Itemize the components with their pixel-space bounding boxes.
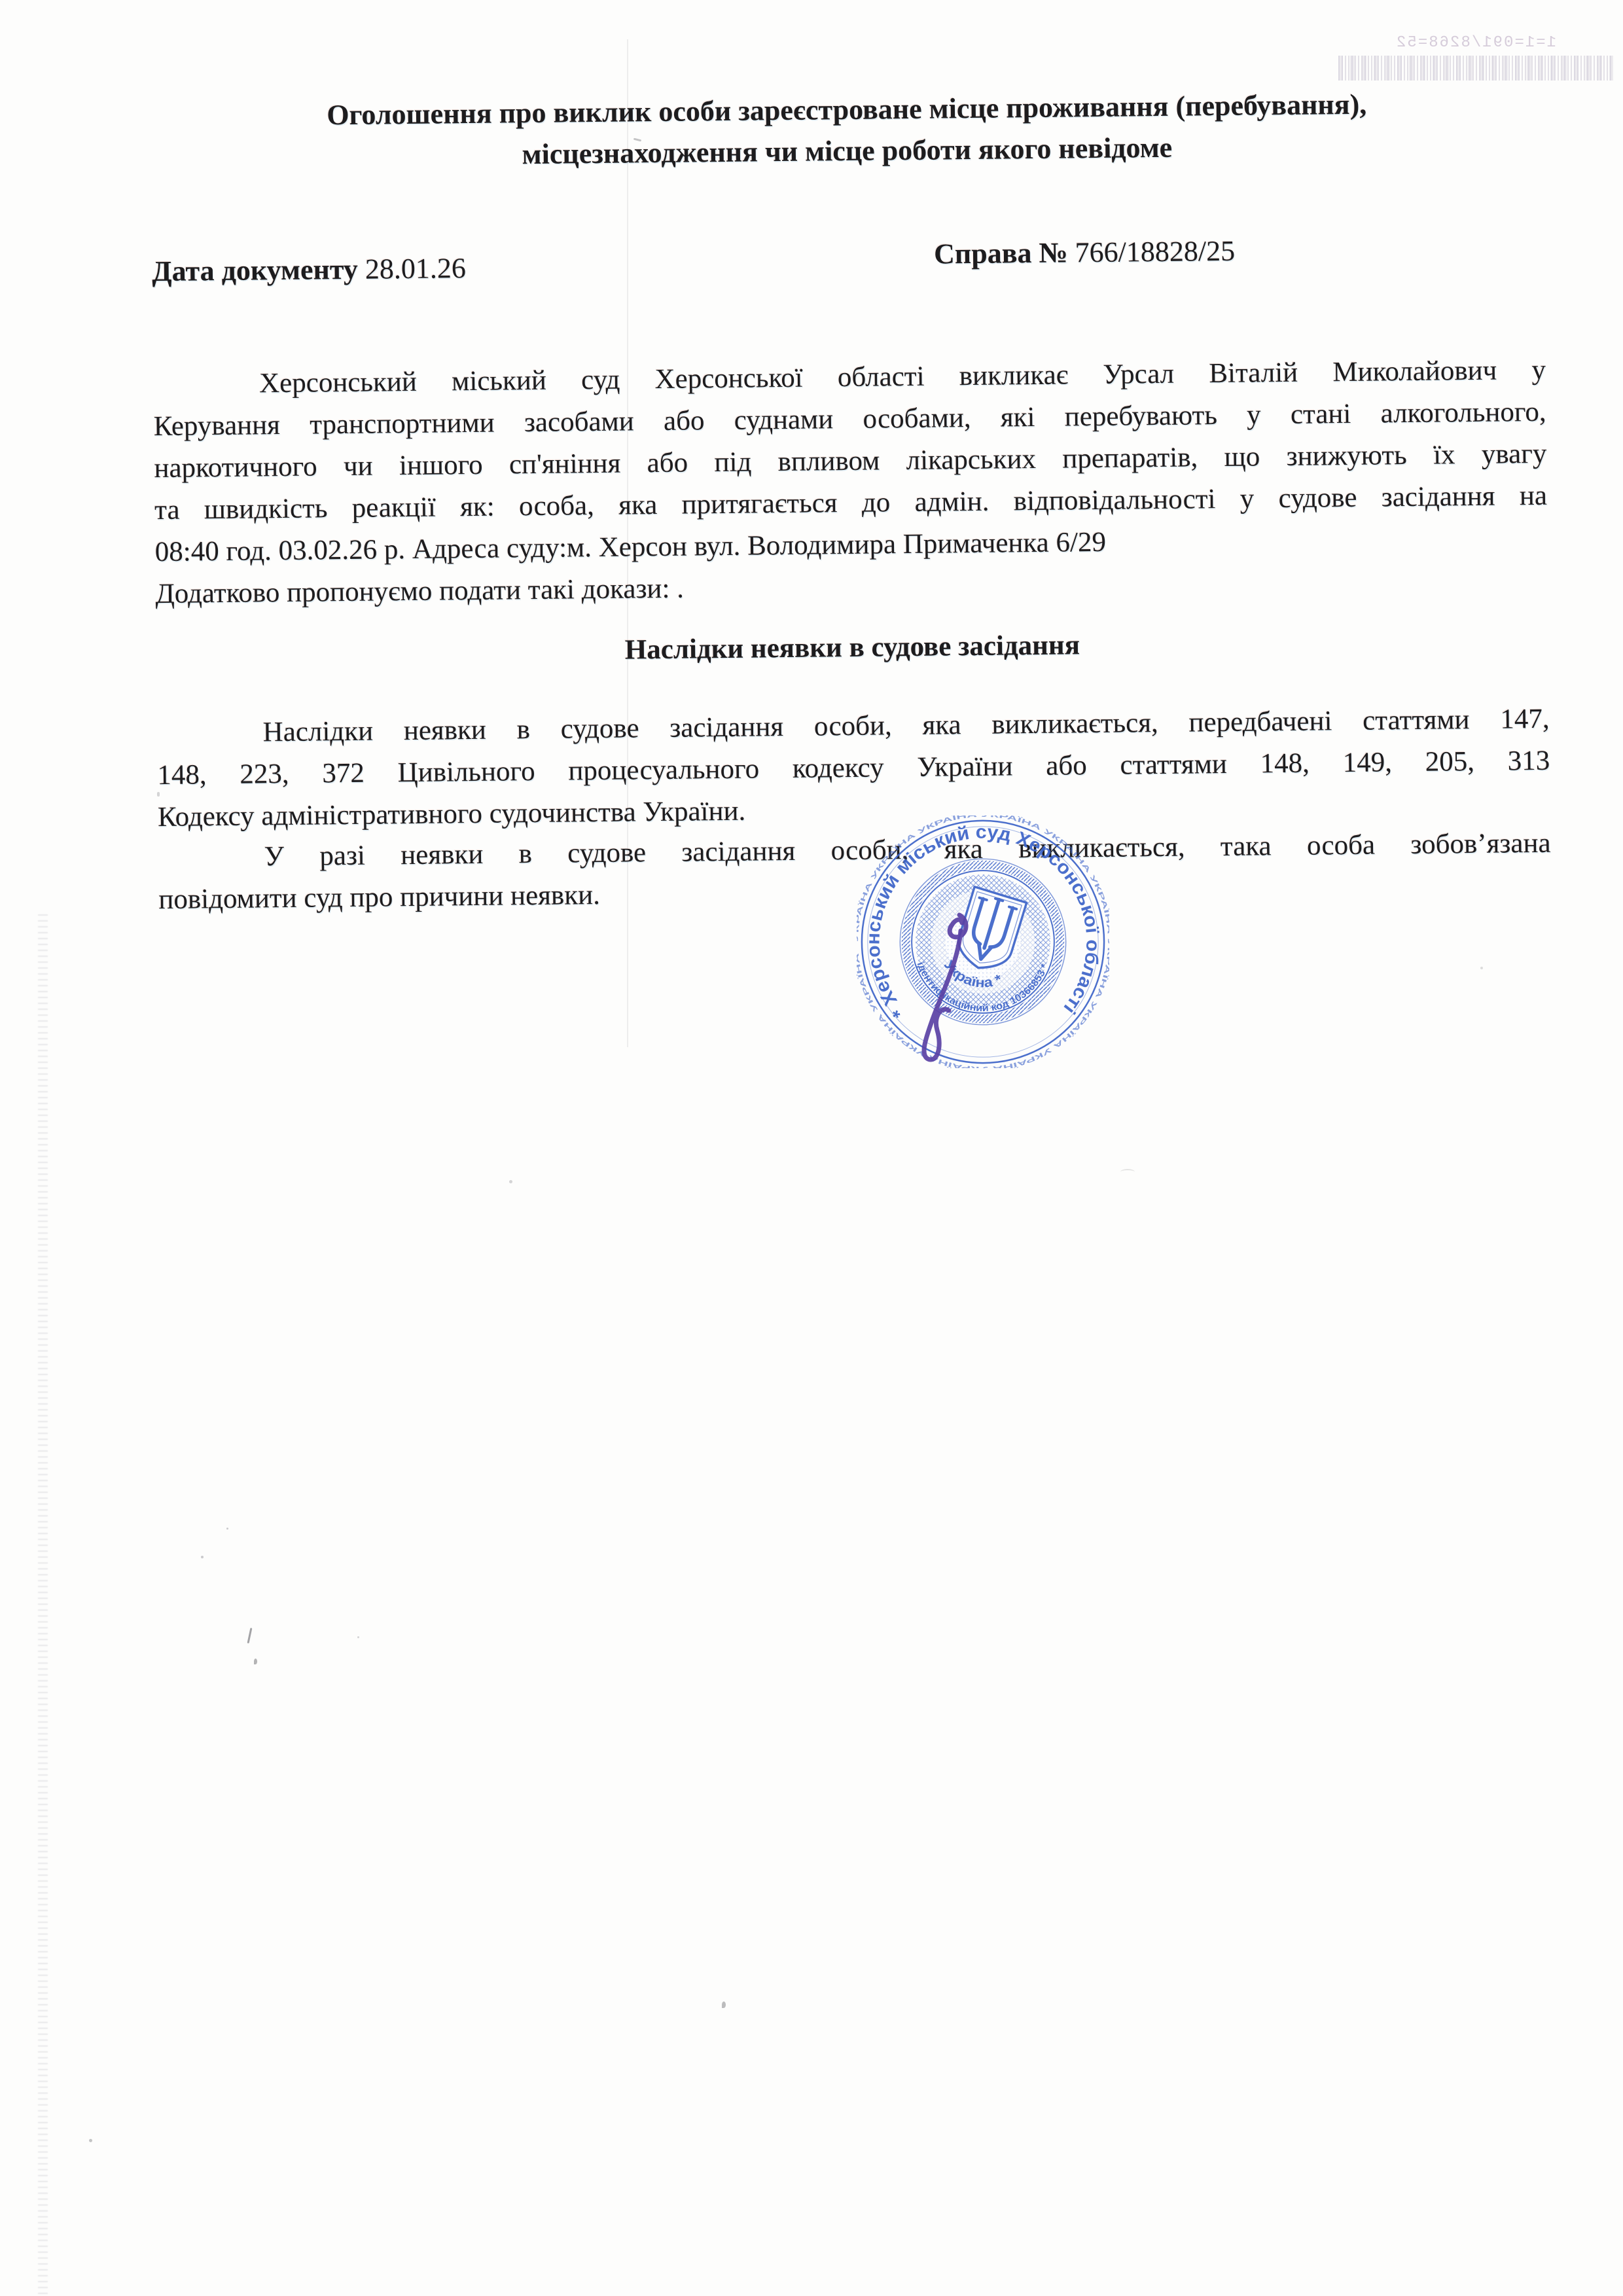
case-value: 766/18828/25 xyxy=(1075,235,1235,269)
scan-speck xyxy=(247,1628,253,1643)
scan-speck xyxy=(1120,1169,1135,1175)
scan-speck xyxy=(157,792,160,797)
paragraph-consequences: Наслідки неявки в судове засідання особи… xyxy=(156,698,1550,838)
scanner-streak xyxy=(38,913,48,2294)
scan-speck xyxy=(722,2001,726,2008)
meta-row: Дата документу 28.01.26 Справа № 766/188… xyxy=(152,240,1544,293)
date-label: Дата документу xyxy=(152,253,358,287)
signature xyxy=(903,902,1034,1098)
document-page: 1=1=091/8268=52 Оголошення про виклик ос… xyxy=(0,0,1623,2296)
case-number: Справа № 766/18828/25 xyxy=(934,234,1236,271)
scan-speck xyxy=(254,1659,257,1664)
scan-speck xyxy=(201,1556,204,1558)
scan-speck xyxy=(226,1528,228,1530)
paragraph-summons: Херсонський міський суд Херсонської обла… xyxy=(153,350,1548,615)
date-value: 28.01.26 xyxy=(365,252,467,285)
section-heading: Наслідки неявки в судове засідання xyxy=(156,620,1549,675)
document-title: Оголошення про виклик особи зареєстрован… xyxy=(150,82,1543,179)
paragraph-obligation: У разі неявки в судове засідання особи, … xyxy=(158,823,1551,921)
case-label: Справа № xyxy=(934,236,1068,270)
scan-speck xyxy=(357,1636,359,1638)
scan-speck xyxy=(89,2139,92,2142)
scan-speck xyxy=(1480,967,1483,969)
scan-speck xyxy=(509,1180,512,1183)
document-content: Оголошення про виклик особи зареєстрован… xyxy=(149,0,1552,921)
